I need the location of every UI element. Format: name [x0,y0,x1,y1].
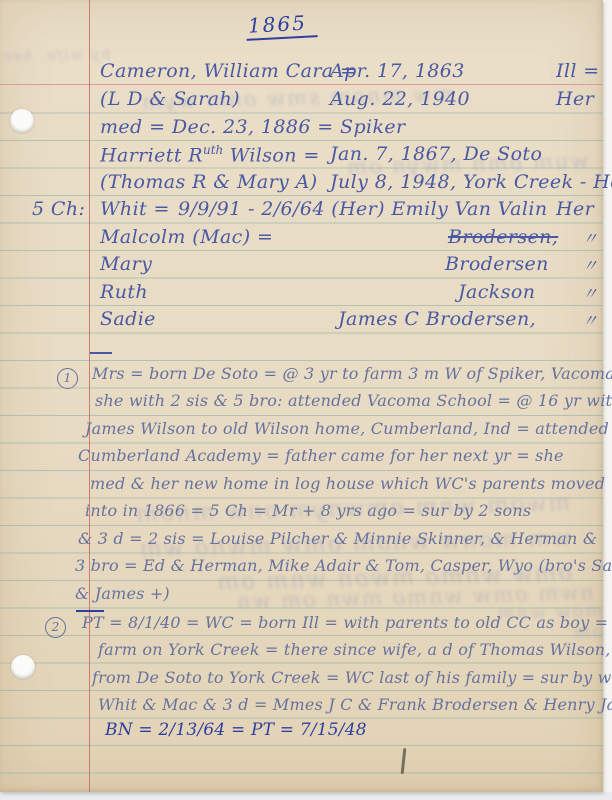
circled-number: 2 [45,617,66,638]
note2-line: PT = 8/1/40 = WC = born Ill = with paren… [82,613,612,632]
note1-line: James Wilson to old Wilson home, Cumberl… [85,419,609,438]
bleed-through-fragment: by wife, her [2,47,111,66]
record-child3-name: Mary [100,253,152,275]
note1-marker: 1 [57,367,78,389]
record-child5-name: Sadie [100,308,156,330]
record-child4-name: Ruth [100,281,148,303]
bleed-through-fragment: nwm omw wnmo mwn om wn [235,580,594,613]
spouse-name-superscript: uth [203,143,223,157]
record-child1-name: Whit = [100,198,170,220]
record-child2-name: Malcolm (Mac) = [100,226,273,248]
record-row2-parents: (L D & Sarah) [100,88,240,110]
note1-line: med & her new home in log house which WC… [90,474,605,493]
record-row2-place: Her [556,88,594,110]
note1-line: Mrs = born De Soto = @ 3 yr to farm 3 m … [92,364,612,383]
spouse-name-part: Wilson = [223,144,319,166]
note2-line: Whit & Mac & 3 d = Mmes J C & Frank Brod… [98,695,612,714]
circled-number: 1 [57,368,78,389]
note1-line: & 3 d = 2 sis = Louise Pilcher & Minnie … [78,529,597,548]
note1-line: she with 2 sis & 5 bro: attended Vacoma … [95,391,612,410]
top-red-rule [0,84,603,85]
red-margin-line [89,0,90,792]
record-child1-place: Her [556,198,594,220]
scanner-edge-bottom [0,792,612,800]
record-child4-surname: Jackson [458,281,535,303]
spouse-name-part: Harriett R [100,144,203,166]
hole-punch-top [10,109,34,133]
record-row2-deathdate: Aug. 22, 1940 [330,88,470,110]
record-row5-parents: (Thomas R & Mary A) [100,171,318,193]
record-row1-place: Ill = [556,60,600,82]
note2-line: farm on York Creek = there since wife, a… [98,640,612,659]
record-child1-dates-spouse: 9/9/91 - 2/6/64 (Her) Emily Van Valin [178,198,548,220]
ditto-mark: 〃 [582,253,598,276]
record-child5-spouse: James C Brodersen, [338,308,536,330]
record-row4-spouse-name: Harriett Ruth Wilson = [100,143,320,166]
ditto-mark: 〃 [582,226,598,249]
note2-line: from De Soto to York Creek = WC last of … [92,668,612,687]
scratch-mark [401,748,406,774]
record-row3-marriage: med = Dec. 23, 1886 = Spiker [100,116,406,138]
record-children-count: 5 Ch: [32,198,85,220]
note2-marker: 2 [45,616,66,638]
separator-dash [90,352,112,354]
record-row5-deathdate: July 8, 1948, York Creek - Her [330,171,612,193]
scanned-page: by wife, her mw mnom smw onm wym wum omn… [0,0,612,800]
year-title-text: 1865 [247,11,307,38]
james-underline [76,610,104,612]
ditto-mark: 〃 [582,308,598,331]
record-row4-birthdate: Jan. 7, 1867, De Soto [330,143,542,165]
record-child2-surname-struck: Brodersen, [448,226,558,248]
record-row1-name: Cameron, William Cara = [100,60,356,82]
note1-line: & James +) [75,584,170,603]
notebook-paper: by wife, her mw mnom smw onm wym wum omn… [0,0,603,792]
record-row1-birthdate: Apr. 17, 1863 [330,60,465,82]
note1-line: 3 bro = Ed & Herman, Mike Adair & Tom, C… [75,556,612,575]
note1-line: into in 1866 = 5 Ch = Mr + 8 yrs ago = s… [85,501,531,520]
ditto-mark: 〃 [582,281,598,304]
note1-line: Cumberland Academy = father came for her… [78,446,564,465]
note2-dates-line: BN = 2/13/64 = PT = 7/15/48 [105,720,367,740]
hole-punch-bottom [11,655,35,679]
record-child3-surname: Brodersen [445,253,549,275]
year-title: 1865 [245,10,317,41]
